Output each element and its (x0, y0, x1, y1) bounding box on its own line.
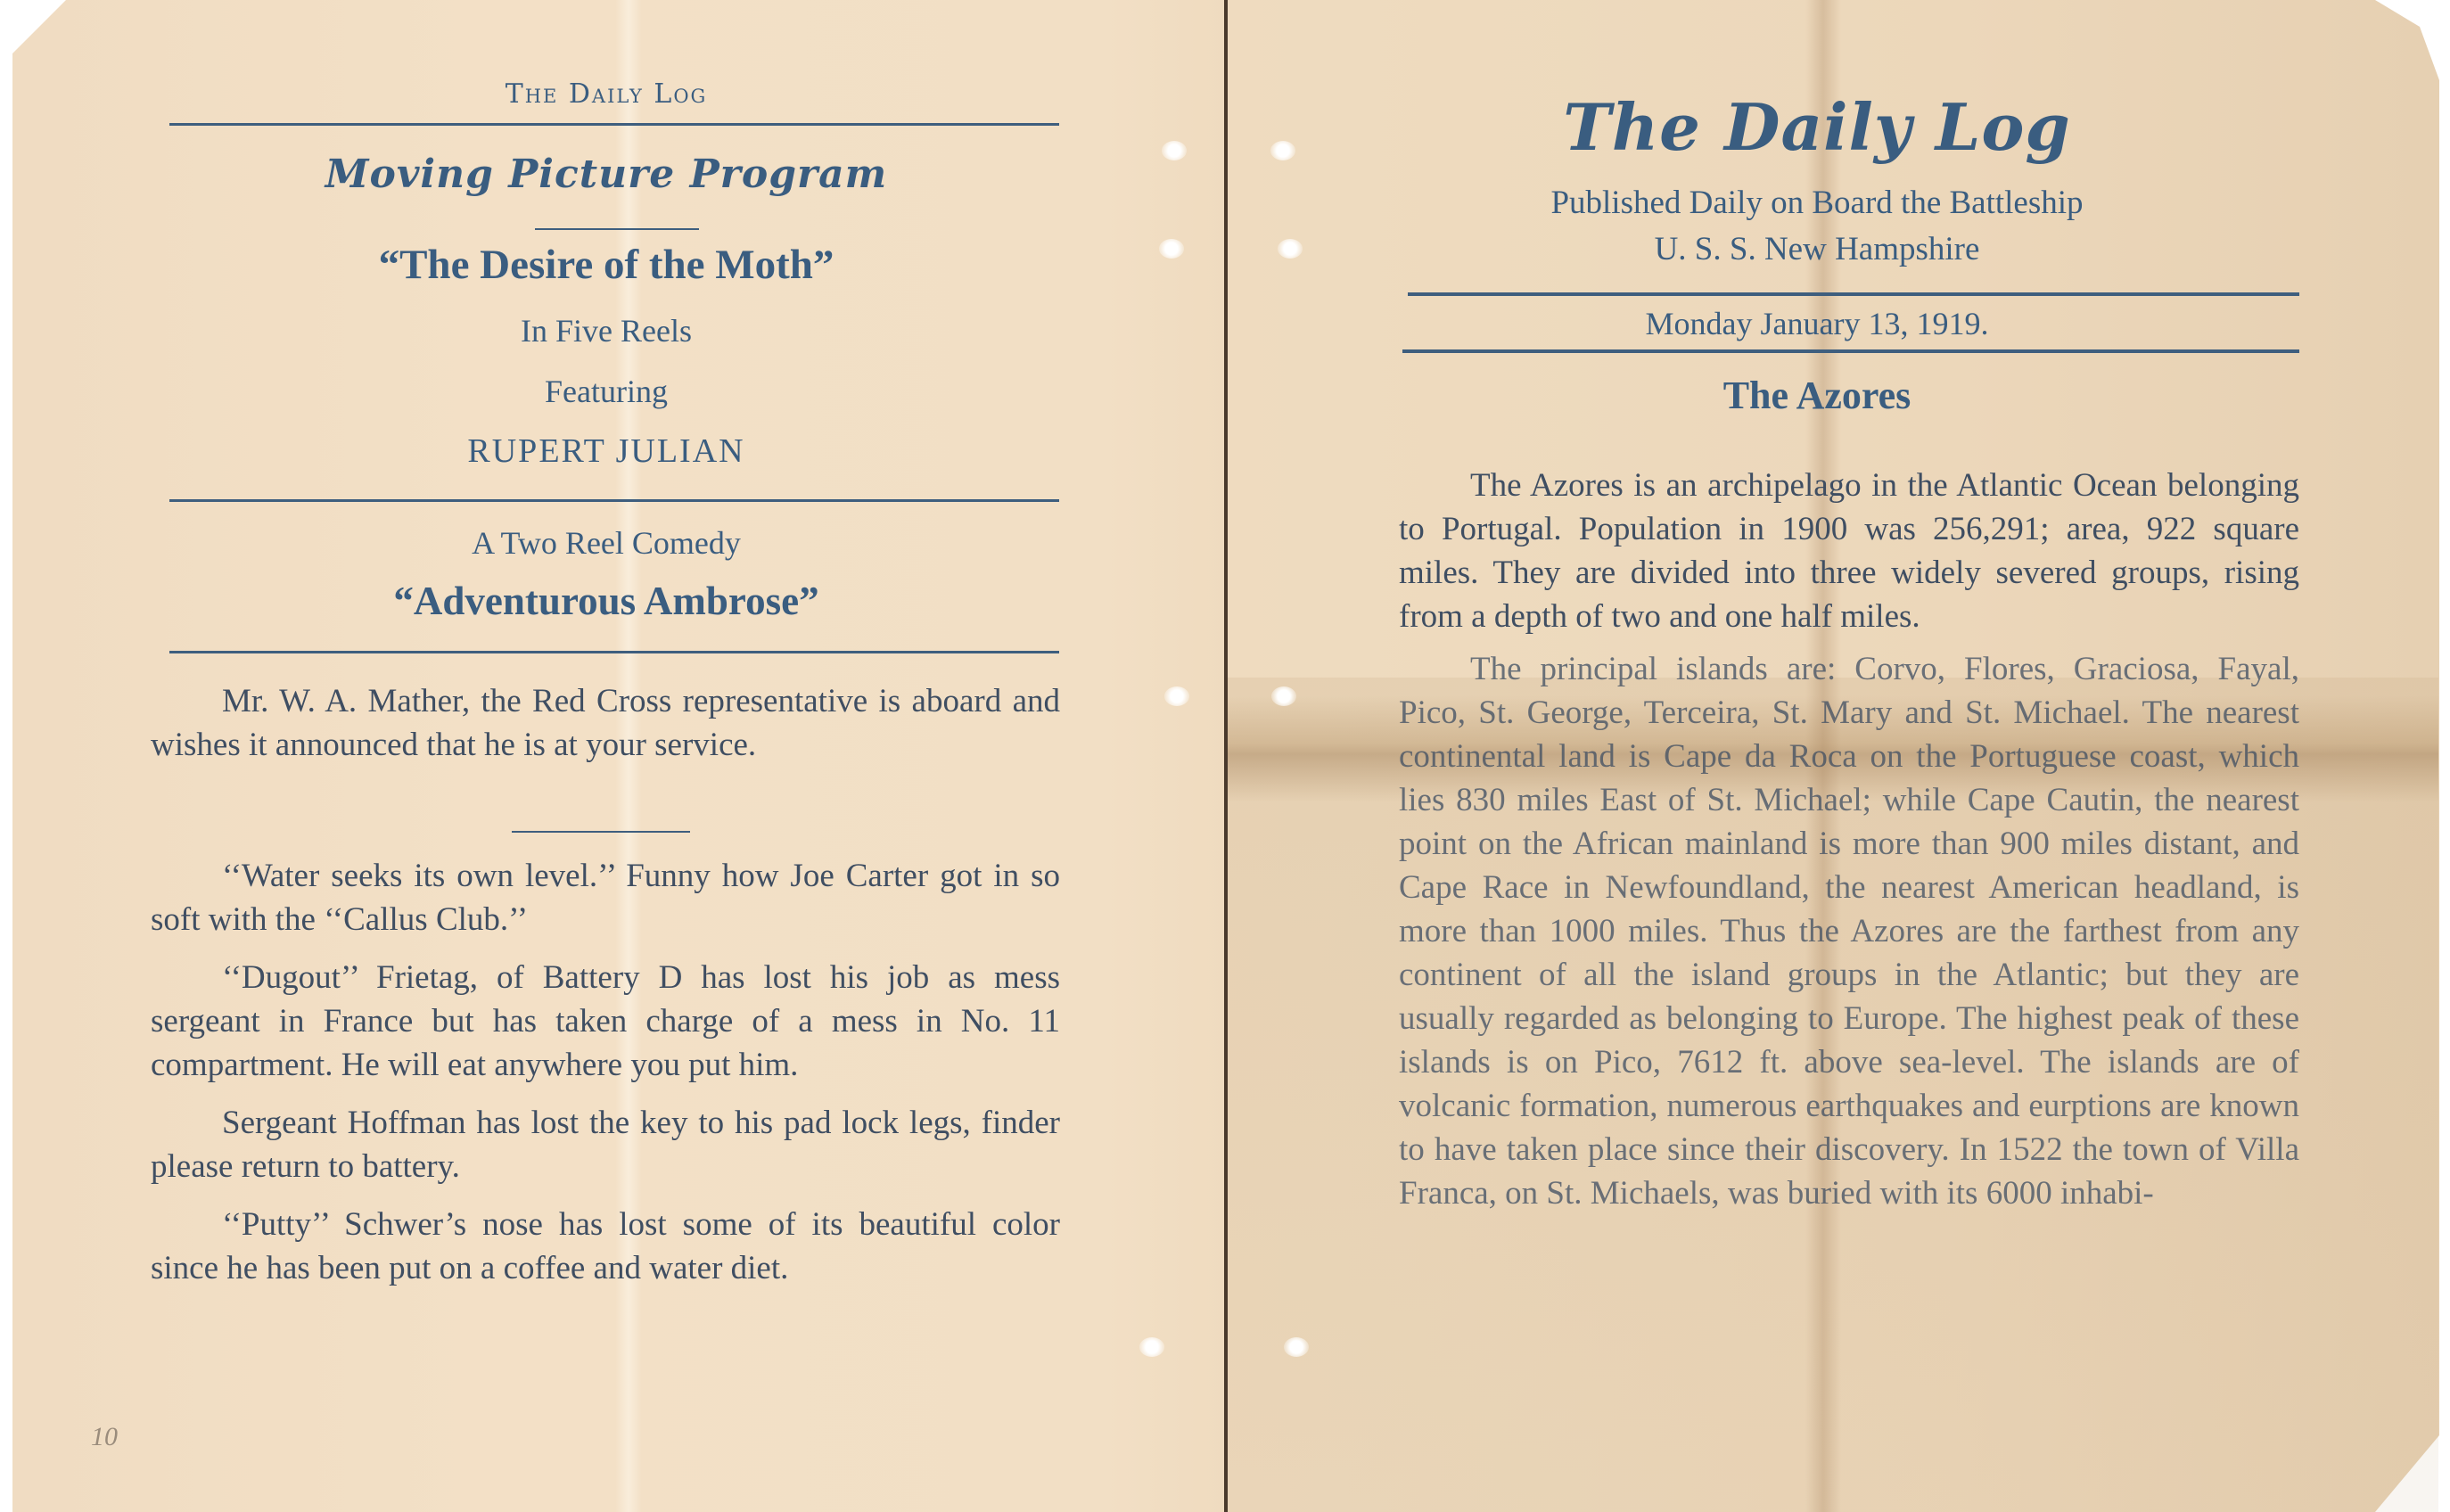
news-item: ‘‘Water seeks its own level.’’ Funny how… (151, 854, 1060, 941)
divider-rule (1408, 292, 2299, 296)
right-page: The Daily Log Published Daily on Board t… (1228, 0, 2438, 1512)
announcement-paragraph: Mr. W. A. Mather, the Red Cross represen… (151, 679, 1060, 767)
feature-star: RUPERT JULIAN (0, 431, 1213, 471)
featuring-label: Featuring (0, 373, 1213, 410)
news-item: ‘‘Putty’’ Schwer’s nose has lost some of… (151, 1203, 1060, 1290)
divider-rule (169, 499, 1059, 502)
running-head: The Daily Log (0, 78, 1213, 110)
divider-rule (169, 123, 1059, 126)
news-items: ‘‘Water seeks its own level.’’ Funny how… (151, 854, 1060, 1304)
divider-rule (169, 651, 1059, 653)
feature-title: “The Desire of the Moth” (0, 241, 1213, 289)
article-paragraph: The Azores is an archipelago in the Atla… (1399, 464, 2299, 638)
article-body: The Azores is an archipelago in the Atla… (1399, 464, 2299, 1229)
article-headline: The Azores (1212, 373, 2422, 418)
comedy-title: “Adventurous Ambrose” (0, 578, 1213, 624)
article-paragraph: The principal islands are: Corvo, Flores… (1399, 647, 2299, 1215)
masthead-subtitle-2: U. S. S. New Hampshire (1212, 230, 2422, 268)
news-item: Sergeant Hoffman has lost the key to his… (151, 1101, 1060, 1188)
masthead-subtitle-1: Published Daily on Board the Battleship (1212, 184, 2422, 222)
program-heading: Moving Picture Program (0, 152, 1213, 197)
masthead: The Daily Log (1212, 89, 2422, 165)
left-page: The Daily Log Moving Picture Program “Th… (12, 0, 1225, 1512)
short-divider (512, 831, 690, 833)
announcement-block: Mr. W. A. Mather, the Red Cross represen… (151, 679, 1060, 781)
feature-reels: In Five Reels (0, 312, 1213, 349)
pencil-mark: 10 (91, 1422, 118, 1452)
issue-date: Monday January 13, 1919. (1212, 305, 2422, 342)
news-item: ‘‘Dugout’’ Frietag, of Battery D has los… (151, 956, 1060, 1087)
short-divider (535, 228, 699, 230)
divider-rule (1402, 349, 2299, 353)
comedy-label: A Two Reel Comedy (0, 524, 1213, 562)
